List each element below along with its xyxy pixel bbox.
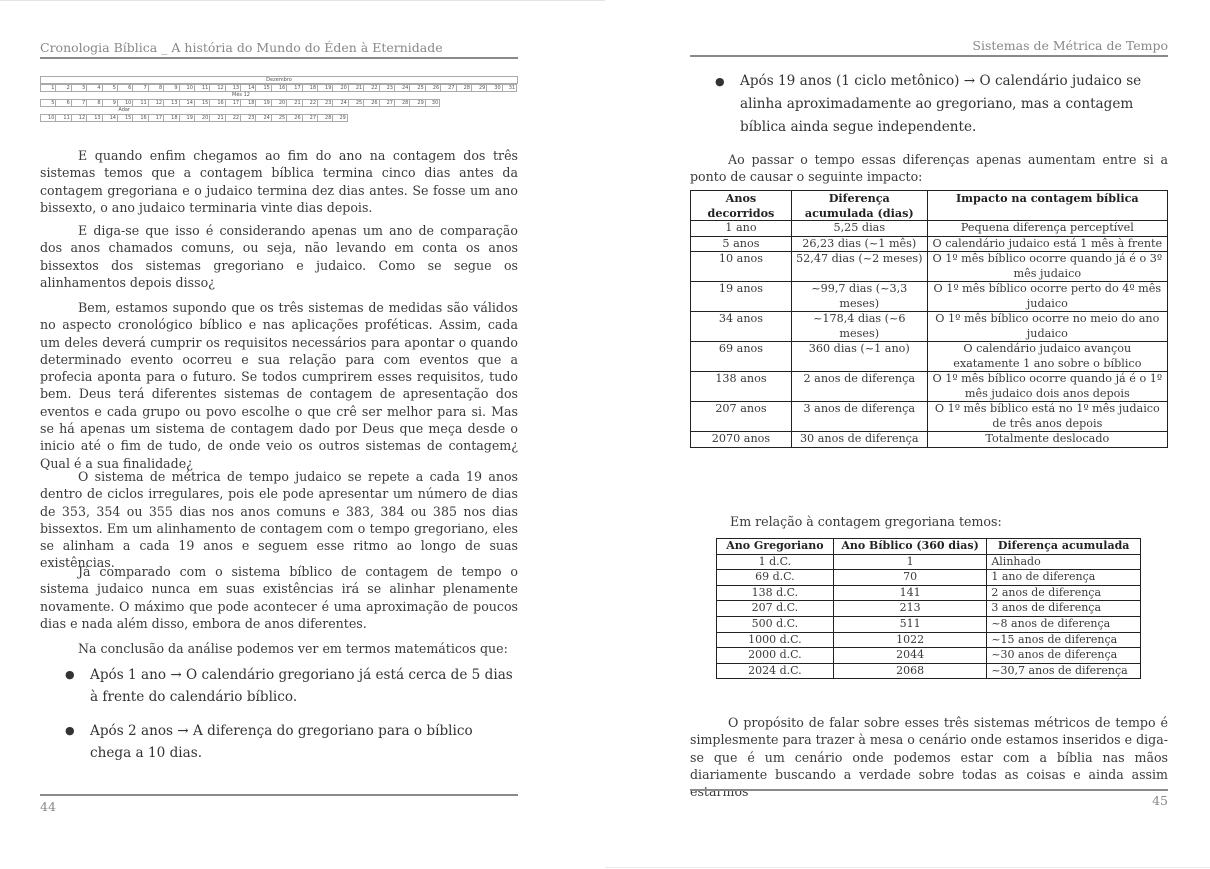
calendar-day-cell: 30 [425, 99, 440, 107]
calendar-day-cell: 13 [225, 84, 240, 92]
bullet-item: ●Após 19 anos (1 ciclo metônico) → O cal… [690, 70, 1168, 139]
calendar-day-cell: 9 [163, 84, 178, 92]
table-cell: 500 d.C. [717, 616, 834, 632]
table-cell: ~8 anos de diferença [987, 616, 1141, 632]
calendar-day-cell: 14 [240, 84, 255, 92]
column-header: Ano Gregoriano [717, 539, 834, 555]
calendar-day-cell: 11 [194, 84, 209, 92]
calendar-day-cell: 19 [317, 84, 332, 92]
calendar-day-cell: 14 [102, 114, 117, 122]
calendar-day-cell: 7 [71, 99, 86, 107]
table-header-row: Anos decorridosDiferença acumulada (dias… [691, 191, 1168, 221]
table-cell: 52,47 dias (~2 meses) [791, 252, 927, 282]
calendar-gregorian-days: 1234567891011121314151617181920212223242… [40, 84, 518, 92]
table-cell: 1 [833, 554, 987, 570]
calendar-day-cell: 20 [194, 114, 209, 122]
calendar-day-cell: 7 [132, 84, 147, 92]
table-cell: 1 d.C. [717, 554, 834, 570]
calendar-jewish-days: 1011121314151617181920212223242526272829 [40, 114, 518, 122]
footer-rule [690, 789, 1168, 791]
table-cell: ~178,4 dias (~6 meses) [791, 312, 927, 342]
calendar-day-cell: 5 [40, 99, 55, 107]
calendar-day-cell: 19 [255, 99, 270, 107]
calendar-day-cell: 8 [148, 84, 163, 92]
calendar-day-cell: 15 [194, 99, 209, 107]
paragraph: Já comparado com o sistema bíblico de co… [40, 563, 518, 632]
bullet-icon: ● [715, 70, 725, 93]
table-cell: 26,23 dias (~1 mês) [791, 236, 927, 252]
calendar-day-cell: 25 [348, 99, 363, 107]
calendar-day-cell: 16 [209, 99, 224, 107]
table-cell: Pequena diferença perceptível [927, 221, 1167, 237]
table-row: 207 d.C.2133 anos de diferença [717, 601, 1141, 617]
table-cell: 19 anos [691, 282, 792, 312]
calendar-day-cell: 24 [394, 84, 409, 92]
page-edge-bottom [605, 867, 1210, 868]
calendar-day-cell: 12 [148, 99, 163, 107]
calendar-day-cell: 26 [425, 84, 440, 92]
table-row: 1 ano5,25 diasPequena diferença perceptí… [691, 221, 1168, 237]
calendar-day-cell: 8 [86, 99, 101, 107]
calendar-day-cell: 18 [240, 99, 255, 107]
calendar-day-cell: 21 [209, 114, 224, 122]
calendar-day-cell: 29 [471, 84, 486, 92]
calendar-day-cell: 15 [255, 84, 270, 92]
table-cell: 2068 [833, 663, 987, 679]
column-header: Ano Bíblico (360 dias) [833, 539, 987, 555]
table-cell: 141 [833, 585, 987, 601]
bullet-list: ●Após 19 anos (1 ciclo metônico) → O cal… [690, 70, 1168, 139]
table-cell: 10 anos [691, 252, 792, 282]
calendar-day-cell: 30 [486, 84, 501, 92]
calendar-day-cell: 22 [302, 99, 317, 107]
table-cell: ~99,7 dias (~3,3 meses) [791, 282, 927, 312]
calendar-day-cell: 13 [86, 114, 101, 122]
calendar-day-cell: 27 [302, 114, 317, 122]
table-cell: Alinhado [987, 554, 1141, 570]
calendar-day-cell: 10 [179, 84, 194, 92]
calendar-day-cell: 13 [163, 99, 178, 107]
column-header: Diferença acumulada (dias) [791, 191, 927, 221]
calendar-day-cell: 21 [286, 99, 301, 107]
bullet-text: Após 19 anos (1 ciclo metônico) → O cale… [740, 73, 1141, 135]
column-header: Diferença acumulada [987, 539, 1141, 555]
bullet-icon: ● [65, 720, 75, 742]
paragraph: O propósito de falar sobre esses três si… [690, 714, 1168, 800]
calendar-day-cell: 21 [348, 84, 363, 92]
paragraph: Bem, estamos supondo que os três sistema… [40, 299, 518, 472]
table-cell: 1 ano [691, 221, 792, 237]
calendar-jewish-label-text: Adar [118, 107, 130, 113]
paragraph: E quando enfim chegamos ao fim do ano na… [40, 147, 518, 216]
calendar-day-cell: 2 [55, 84, 70, 92]
bullet-text: Após 2 anos → A diferença do gregoriano … [90, 723, 473, 761]
table-row: 138 anos2 anos de diferençaO 1º mês bíbl… [691, 372, 1168, 402]
calendar-day-cell: 10 [40, 114, 55, 122]
calendar-biblical-days: 5678910111213141516171819202122232425262… [40, 99, 518, 107]
table-cell: 2044 [833, 648, 987, 664]
calendar-day-cell: 17 [148, 114, 163, 122]
table-cell: 360 dias (~1 ano) [791, 342, 927, 372]
table-cell: 1 ano de diferença [987, 570, 1141, 586]
table-cell: 2 anos de diferença [987, 585, 1141, 601]
calendar-day-cell: 28 [394, 99, 409, 107]
paragraph: O sistema de métrica de tempo judaico se… [40, 468, 518, 572]
gregorian-comparison-table: Ano GregorianoAno Bíblico (360 dias)Dife… [716, 538, 1141, 679]
table-row: 19 anos~99,7 dias (~3,3 meses)O 1º mês b… [691, 282, 1168, 312]
calendar-day-cell: 28 [456, 84, 471, 92]
calendar-day-cell: 29 [409, 99, 424, 107]
table-cell: 34 anos [691, 312, 792, 342]
table-cell: O 1º mês bíblico ocorre quando já é o 3º… [927, 252, 1167, 282]
table-cell: 3 anos de diferença [791, 402, 927, 432]
table-cell: ~30 anos de diferença [987, 648, 1141, 664]
table-header-row: Ano GregorianoAno Bíblico (360 dias)Dife… [717, 539, 1141, 555]
paragraph: Na conclusão da análise podemos ver em t… [40, 640, 518, 657]
calendar-jewish-label: Adar [40, 107, 240, 114]
calendar-day-cell: 26 [286, 114, 301, 122]
calendar-day-cell: 16 [132, 114, 147, 122]
table-row: 10 anos52,47 dias (~2 meses)O 1º mês bíb… [691, 252, 1168, 282]
table-cell: 2 anos de diferença [791, 372, 927, 402]
table-cell: 70 [833, 570, 987, 586]
calendar-day-cell: 18 [163, 114, 178, 122]
page-number: 45 [1152, 793, 1168, 808]
table-cell: 138 d.C. [717, 585, 834, 601]
table-cell: O 1º mês bíblico está no 1º mês judaico … [927, 402, 1167, 432]
table-row: 2070 anos30 anos de diferençaTotalmente … [691, 432, 1168, 448]
table-row: 69 d.C.701 ano de diferença [717, 570, 1141, 586]
calendar-day-cell: 17 [225, 99, 240, 107]
calendar-day-cell: 9 [102, 99, 117, 107]
running-head-right: Sistemas de Métrica de Tempo [690, 39, 1168, 57]
table-cell: O calendário judaico avançou exatamente … [927, 342, 1167, 372]
calendar-day-cell: 16 [271, 84, 286, 92]
calendar-day-cell: 18 [302, 84, 317, 92]
calendar-day-cell: 14 [179, 99, 194, 107]
table-cell: ~30,7 anos de diferença [987, 663, 1141, 679]
table-cell: 1022 [833, 632, 987, 648]
calendar-day-cell: 25 [409, 84, 424, 92]
running-head-left: Cronologia Bíblica _ A história do Mundo… [40, 41, 518, 59]
table-row: 1000 d.C.1022~15 anos de diferença [717, 632, 1141, 648]
table-cell: 3 anos de diferença [987, 601, 1141, 617]
calendar-day-cell: 31 [502, 84, 517, 92]
calendar-day-cell: 24 [255, 114, 270, 122]
calendar-day-cell: 22 [363, 84, 378, 92]
calendar-day-cell: 11 [55, 114, 70, 122]
table-row: 2000 d.C.2044~30 anos de diferença [717, 648, 1141, 664]
table-cell: ~15 anos de diferença [987, 632, 1141, 648]
table-cell: 207 anos [691, 402, 792, 432]
table-cell: 2000 d.C. [717, 648, 834, 664]
table-row: 5 anos26,23 dias (~1 mês)O calendário ju… [691, 236, 1168, 252]
calendar-day-cell: 4 [86, 84, 101, 92]
paragraph: Em relação à contagem gregoriana temos: [690, 513, 1168, 530]
table-cell: Totalmente deslocado [927, 432, 1167, 448]
page-edge-top [0, 0, 605, 1]
paragraph: E diga-se que isso é considerando apenas… [40, 222, 518, 291]
table-cell: 69 anos [691, 342, 792, 372]
table-cell: O calendário judaico está 1 mês à frente [927, 236, 1167, 252]
table-cell: 2024 d.C. [717, 663, 834, 679]
calendar-day-cell: 27 [379, 99, 394, 107]
table-row: 34 anos~178,4 dias (~6 meses)O 1º mês bí… [691, 312, 1168, 342]
bullet-list: ●Após 1 ano → O calendário gregoriano já… [40, 664, 518, 764]
table-cell: 5 anos [691, 236, 792, 252]
calendar-day-cell: 17 [286, 84, 301, 92]
table-cell: 1000 d.C. [717, 632, 834, 648]
calendar-day-cell: 28 [317, 114, 332, 122]
table-cell: O 1º mês bíblico ocorre quando já é o 1º… [927, 372, 1167, 402]
bullet-icon: ● [65, 664, 75, 686]
table-cell: 138 anos [691, 372, 792, 402]
calendar-day-cell: 22 [225, 114, 240, 122]
paragraph: Ao passar o tempo essas diferenças apena… [690, 151, 1168, 186]
table-row: 2024 d.C.2068~30,7 anos de diferença [717, 663, 1141, 679]
page-number: 44 [40, 799, 56, 814]
bullet-text: Após 1 ano → O calendário gregoriano já … [90, 667, 513, 705]
calendar-biblical-label: Mês 12 [40, 92, 442, 99]
calendar-day-cell: 25 [271, 114, 286, 122]
calendar-day-cell: 23 [240, 114, 255, 122]
calendar-day-cell: 5 [102, 84, 117, 92]
table-cell: 69 d.C. [717, 570, 834, 586]
calendar-day-cell: 19 [179, 114, 194, 122]
calendar-day-cell: 3 [71, 84, 86, 92]
table-row: 69 anos360 dias (~1 ano)O calendário jud… [691, 342, 1168, 372]
calendar-day-cell: 10 [117, 99, 132, 107]
calendar-month-header: Dezembro [40, 76, 518, 84]
table-row: 207 anos3 anos de diferençaO 1º mês bíbl… [691, 402, 1168, 432]
table-cell: 207 d.C. [717, 601, 834, 617]
table-cell: 511 [833, 616, 987, 632]
calendar-day-cell: 24 [332, 99, 347, 107]
calendar-day-cell: 20 [271, 99, 286, 107]
table-cell: 30 anos de diferença [791, 432, 927, 448]
calendar-day-cell: 6 [55, 99, 70, 107]
table-cell: O 1º mês bíblico ocorre perto do 4º mês … [927, 282, 1167, 312]
calendar-day-cell: 12 [209, 84, 224, 92]
table-cell: 5,25 dias [791, 221, 927, 237]
table-cell: O 1º mês bíblico ocorre no meio do ano j… [927, 312, 1167, 342]
calendar-day-cell: 1 [40, 84, 55, 92]
impact-table: Anos decorridosDiferença acumulada (dias… [690, 190, 1168, 448]
table-cell: 2070 anos [691, 432, 792, 448]
calendar-day-cell: 29 [332, 114, 347, 122]
calendar-day-cell: 23 [317, 99, 332, 107]
calendar-day-cell: 12 [71, 114, 86, 122]
column-header: Anos decorridos [691, 191, 792, 221]
column-header: Impacto na contagem bíblica [927, 191, 1167, 221]
table-cell: 213 [833, 601, 987, 617]
table-row: 500 d.C.511~8 anos de diferença [717, 616, 1141, 632]
calendar-day-cell: 23 [379, 84, 394, 92]
bullet-item: ●Após 1 ano → O calendário gregoriano já… [40, 664, 518, 708]
table-row: 1 d.C.1Alinhado [717, 554, 1141, 570]
table-row: 138 d.C.1412 anos de diferença [717, 585, 1141, 601]
calendar-day-cell: 15 [117, 114, 132, 122]
calendar-comparison-strip: Dezembro 1234567891011121314151617181920… [40, 76, 518, 122]
calendar-day-cell: 11 [132, 99, 147, 107]
bullet-item: ●Após 2 anos → A diferença do gregoriano… [40, 720, 518, 764]
calendar-day-cell: 20 [332, 84, 347, 92]
calendar-day-cell: 27 [440, 84, 455, 92]
calendar-day-cell: 6 [117, 84, 132, 92]
footer-rule [40, 794, 518, 796]
calendar-day-cell: 26 [363, 99, 378, 107]
